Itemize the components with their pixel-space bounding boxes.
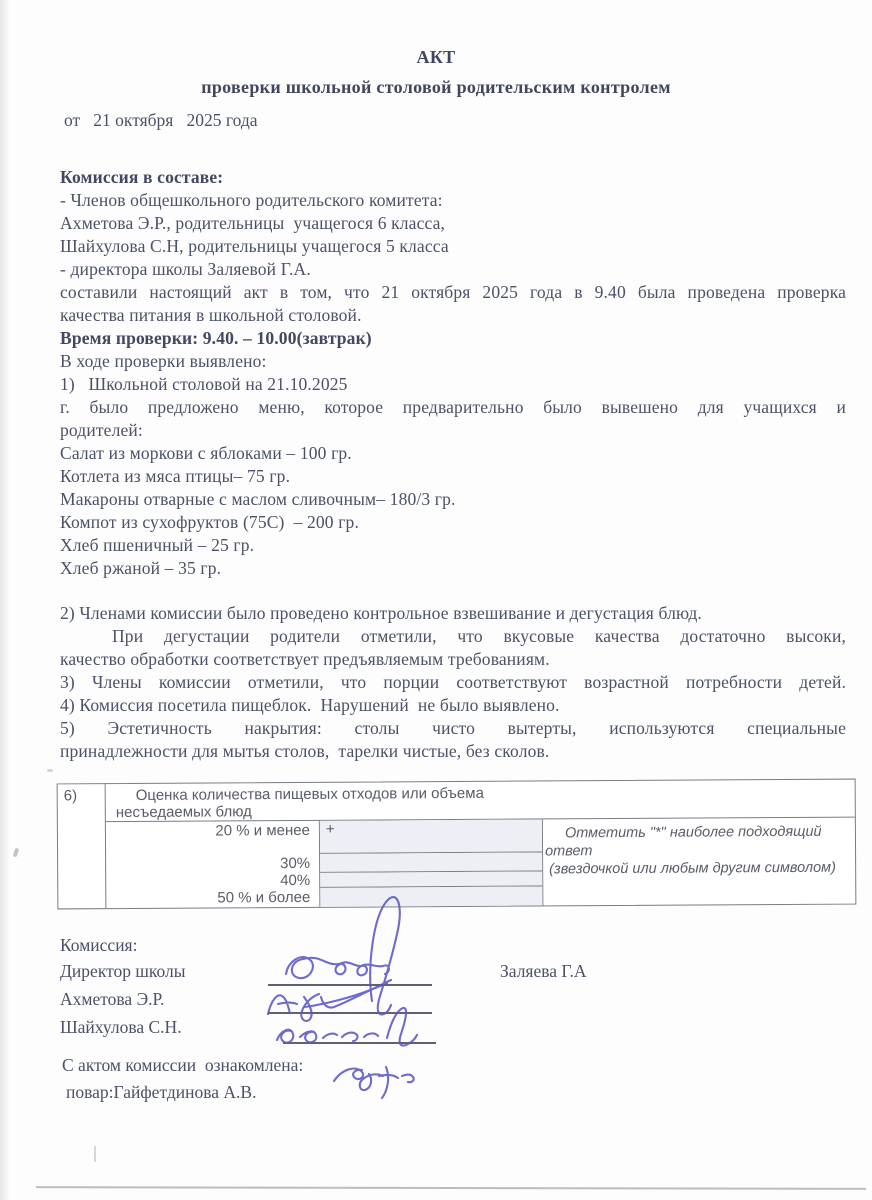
signature-director-ink xyxy=(370,897,400,1014)
body-line: г. было предложено меню, которое предвар… xyxy=(60,396,846,419)
body-line: Шайхулова С.Н, родительницы учащегося 5 … xyxy=(60,235,846,258)
body-line: 4) Комиссия посетила пищеблок. Нарушений… xyxy=(60,694,846,717)
signature-line-director xyxy=(268,984,432,986)
menu-item: Хлеб ржаной – 35 гр. xyxy=(60,557,846,580)
body-line: качества питания в школьной столовой. xyxy=(60,304,846,327)
commission-heading: Комиссия: xyxy=(60,935,137,956)
table-item-number: 6) xyxy=(58,784,107,908)
body-line: родителей: xyxy=(60,419,846,442)
acknowledgment-line: С актом комиссии ознакомлена: xyxy=(62,1055,303,1076)
body-line: Время проверки: 9.40. – 10.00(завтрак) xyxy=(60,327,846,350)
table-note-line2: ответ xyxy=(543,841,855,861)
option-label: 50 % и более xyxy=(106,888,319,908)
body-line: - директора школы Заляевой Г.А. xyxy=(60,258,846,281)
scan-edge-line xyxy=(36,1186,866,1190)
table-option-labels: 20 % и менее 30% 40% 50 % и более xyxy=(106,821,320,908)
body-line: 5) Эстетичность накрытия: столы чисто вы… xyxy=(60,717,846,740)
mark-cell-selected: + xyxy=(320,819,542,853)
signature-member1-ink xyxy=(268,980,391,1021)
signature-cook-ink xyxy=(334,1067,414,1098)
menu-item: Салат из моркови с яблоками – 100 гр. xyxy=(60,442,846,465)
body-line: Комиссия в составе: xyxy=(60,166,846,189)
cook-name-line: повар:Гайфетдинова А.В. xyxy=(66,1082,256,1103)
document-subtitle: проверки школьной столовой родительским … xyxy=(0,72,872,102)
table-note-line1: Отметить "*" наиболее подходящий xyxy=(543,823,855,843)
mark-cell-empty xyxy=(320,871,542,887)
document-title: АКТ xyxy=(0,42,872,72)
option-label: 40% xyxy=(106,873,319,889)
member2-label: Шайхулова С.Н. xyxy=(60,1017,182,1038)
menu-item: Котлета из мяса птицы– 75 гр. xyxy=(60,465,846,488)
body-line: 2) Членами комиссии было проведено контр… xyxy=(60,602,846,625)
body-line: составили настоящий акт в том, что 21 ок… xyxy=(60,281,846,304)
menu-item: Хлеб пшеничный – 25 гр. xyxy=(60,534,846,557)
mark-cell-empty xyxy=(320,886,542,906)
option-label: 20 % и менее xyxy=(106,821,319,855)
director-label: Директор школы xyxy=(60,961,185,982)
member1-label: Ахметова Э.Р. xyxy=(60,989,164,1010)
table-header-cell: Оценка количества пищевых отходов или об… xyxy=(106,780,855,823)
waste-assessment-table: 6) Оценка количества пищевых отходов или… xyxy=(57,779,857,910)
scan-speck xyxy=(13,848,20,858)
body-line: качество обработки соответствует предъяв… xyxy=(60,648,846,671)
director-name: Заляева Г.А xyxy=(500,961,587,982)
mark-cell-empty xyxy=(320,852,542,872)
body-line: 1) Школьной столовой на 21.10.2025 xyxy=(60,373,846,396)
document-date: от 21 октября 2025 года xyxy=(64,110,258,131)
table-mark-column: + xyxy=(319,819,544,906)
document-body: Комиссия в составе: - Членов общешкольно… xyxy=(60,166,846,763)
table-note-line3: (звездочкой или любым другим символом) xyxy=(543,859,855,879)
signature-line-member1 xyxy=(268,1012,432,1014)
body-line: При дегустации родители отметили, что вк… xyxy=(60,625,846,648)
body-line: принадлежности для мытья столов, тарелки… xyxy=(60,740,846,763)
body-line: В ходе проверки выявлено: xyxy=(60,350,846,373)
body-line: 3) Члены комиссии отметили, что порции с… xyxy=(60,671,846,694)
scanned-document-page: АКТ проверки школьной столовой родительс… xyxy=(0,0,872,1200)
menu-item: Макароны отварные с маслом сливочным– 18… xyxy=(60,488,846,511)
scan-speck xyxy=(47,769,53,772)
signature-director-ink xyxy=(305,983,387,1007)
paragraph-gap xyxy=(60,580,846,602)
body-line: - Членов общешкольного родительского ком… xyxy=(60,189,846,212)
signature-line-member2 xyxy=(283,1042,436,1044)
menu-item: Компот из сухофруктов (75С) – 200 гр. xyxy=(60,511,846,534)
table-note-cell: Отметить "*" наиболее подходящий ответ (… xyxy=(543,818,856,906)
body-line: Ахметова Э.Р., родительницы учащегося 6 … xyxy=(60,212,846,235)
document-title-block: АКТ проверки школьной столовой родительс… xyxy=(0,42,872,102)
scan-speck xyxy=(94,1146,96,1162)
signature-director-ink xyxy=(286,957,389,978)
